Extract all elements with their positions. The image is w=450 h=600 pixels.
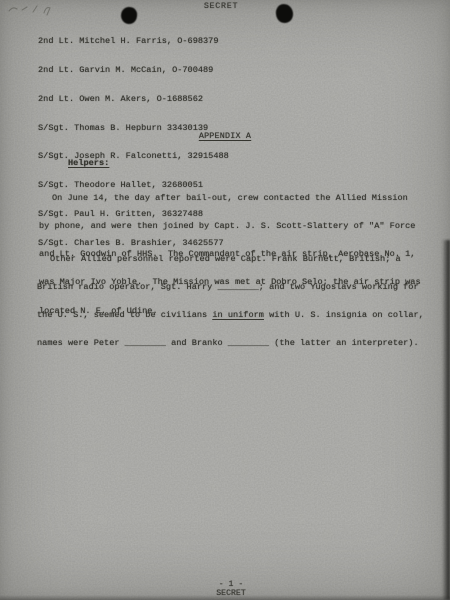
paragraph-text: the U. S., seemed to be civilians bbox=[37, 310, 212, 320]
roster-line: 2nd Lt. Owen M. Akers, O-1688562 bbox=[38, 95, 229, 105]
roster-line: 2nd Lt. Mitchel H. Farris, O-698379 bbox=[38, 37, 229, 47]
paragraph-text: with U. S. insignia on collar, bbox=[264, 310, 424, 320]
appendix-heading-text: APPENDIX A bbox=[199, 131, 251, 141]
scanned-document-page: SECRET 2nd Lt. Mitchel H. Farris, O-6983… bbox=[0, 0, 450, 600]
appendix-heading: APPENDIX A bbox=[0, 131, 450, 141]
classification-stamp-top: SECRET bbox=[0, 1, 446, 11]
paragraph-line: names were Peter ________ and Branko ___… bbox=[37, 339, 424, 348]
roster-line: 2nd Lt. Garvin M. McCain, O-700489 bbox=[38, 66, 229, 76]
underlined-phrase: in uniform bbox=[212, 310, 264, 320]
scan-edge-shadow-bottom bbox=[0, 595, 450, 600]
paragraph-line: the U. S., seemed to be civilians in uni… bbox=[37, 311, 424, 320]
paragraph-line: On June 14, the day after bail-out, crew… bbox=[39, 194, 421, 203]
paragraph-allied-personnel: Other Allied personnel reported were Cap… bbox=[37, 236, 424, 368]
page-number: - 1 - bbox=[6, 580, 450, 589]
scan-edge-shadow-right bbox=[442, 240, 450, 600]
paragraph-line: Other Allied personnel reported were Cap… bbox=[37, 255, 424, 264]
paragraph-line: British radio operator, Sgt. Harry _____… bbox=[37, 283, 424, 292]
paragraph-line: by phone, and were then joined by Capt. … bbox=[39, 222, 421, 231]
roster-line: S/Sgt. Joseph R. Falconetti, 32915488 bbox=[38, 152, 229, 162]
section-heading: Helpers: bbox=[68, 158, 109, 168]
